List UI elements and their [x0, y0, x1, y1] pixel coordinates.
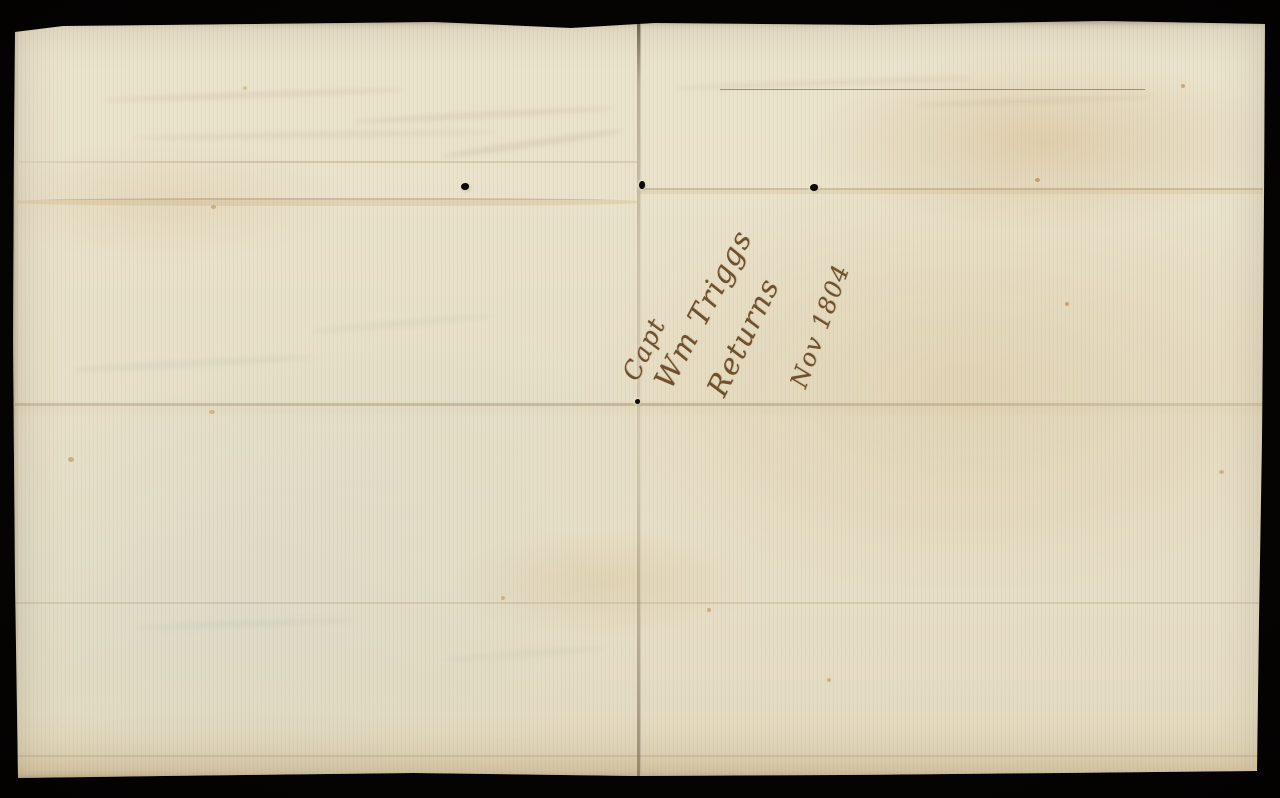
docket-line-date: Nov 1804	[785, 260, 856, 391]
paper-sheet: Capt Wm Triggs Returns Nov 1804	[13, 20, 1268, 780]
scanner-background: Capt Wm Triggs Returns Nov 1804	[0, 0, 1280, 798]
handwritten-docket: Capt Wm Triggs Returns Nov 1804	[13, 20, 1268, 780]
